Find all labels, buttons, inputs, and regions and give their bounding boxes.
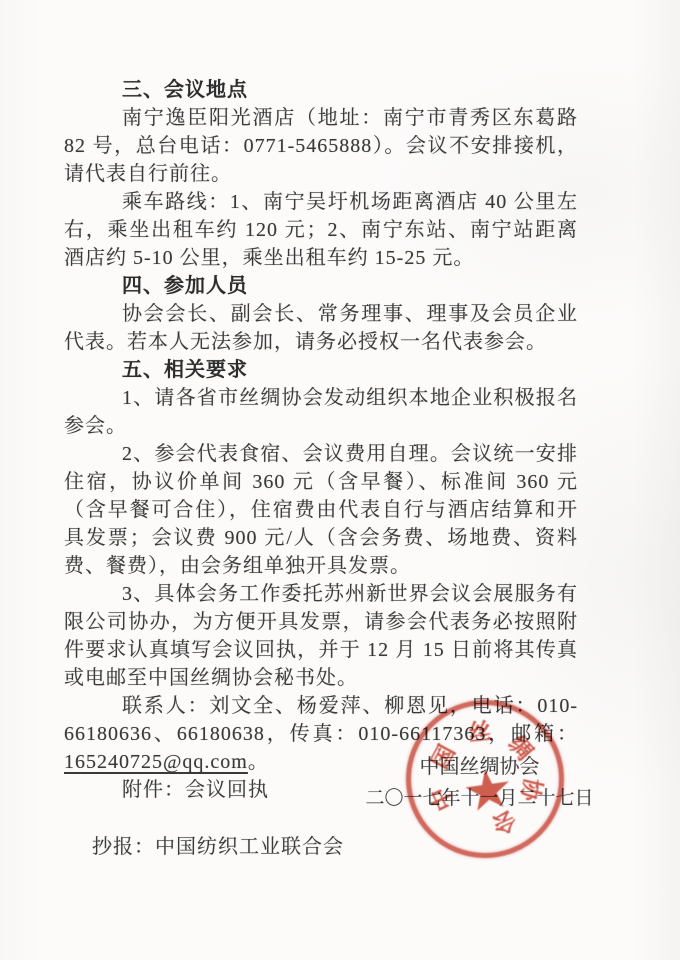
seal-char: 协 — [514, 775, 551, 805]
scanned-notice-page: 三、会议地点 南宁逸臣阳光酒店（地址：南宁市青秀区东葛路 82 号，总台电话：0… — [0, 0, 680, 960]
contact-email: 165240725@qq.com — [64, 751, 248, 773]
section-5-heading: 五、相关要求 — [64, 356, 578, 384]
seal-char: 会 — [488, 804, 522, 844]
section-3-paragraph-venue: 南宁逸臣阳光酒店（地址：南宁市青秀区东葛路 82 号，总台电话：0771-546… — [64, 104, 578, 188]
seal-char: 丝 — [467, 713, 493, 748]
document-body: 三、会议地点 南宁逸臣阳光酒店（地址：南宁市青秀区东葛路 82 号，总台电话：0… — [64, 76, 578, 804]
section-5-paragraph-3: 3、具体会务工作委托苏州新世界会议会展服务有限公司协办，为方便开具发票，请参会代… — [64, 580, 578, 692]
seal-char: 中 — [421, 782, 461, 817]
section-5-paragraph-1: 1、请各省市丝绸协会发动组织本地企业积极报名参会。 — [64, 384, 578, 440]
seal-char: 国 — [422, 738, 462, 774]
section-3-heading: 三、会议地点 — [64, 76, 578, 104]
section-4-paragraph-participants: 协会会长、副会长、常务理事、理事及会员企业代表。若本人无法参加，请务必授权一名代… — [64, 300, 578, 356]
cc-note: 抄报：中国纺织工业联合会 — [92, 830, 344, 859]
section-3-paragraph-transport: 乘车路线：1、南宁吴圩机场距离酒店 40 公里左右，乘坐出租车约 120 元；2… — [64, 188, 578, 272]
official-seal: 中 国 丝 绸 协 会 — [406, 700, 564, 858]
section-4-heading: 四、参加人员 — [64, 272, 578, 300]
contact-suffix: 。 — [248, 751, 269, 773]
seal-char: 绸 — [502, 727, 542, 766]
section-5-paragraph-2: 2、参会代表食宿、会议费用自理。会议统一安排住宿，协议价单间 360 元（含早餐… — [64, 440, 578, 580]
